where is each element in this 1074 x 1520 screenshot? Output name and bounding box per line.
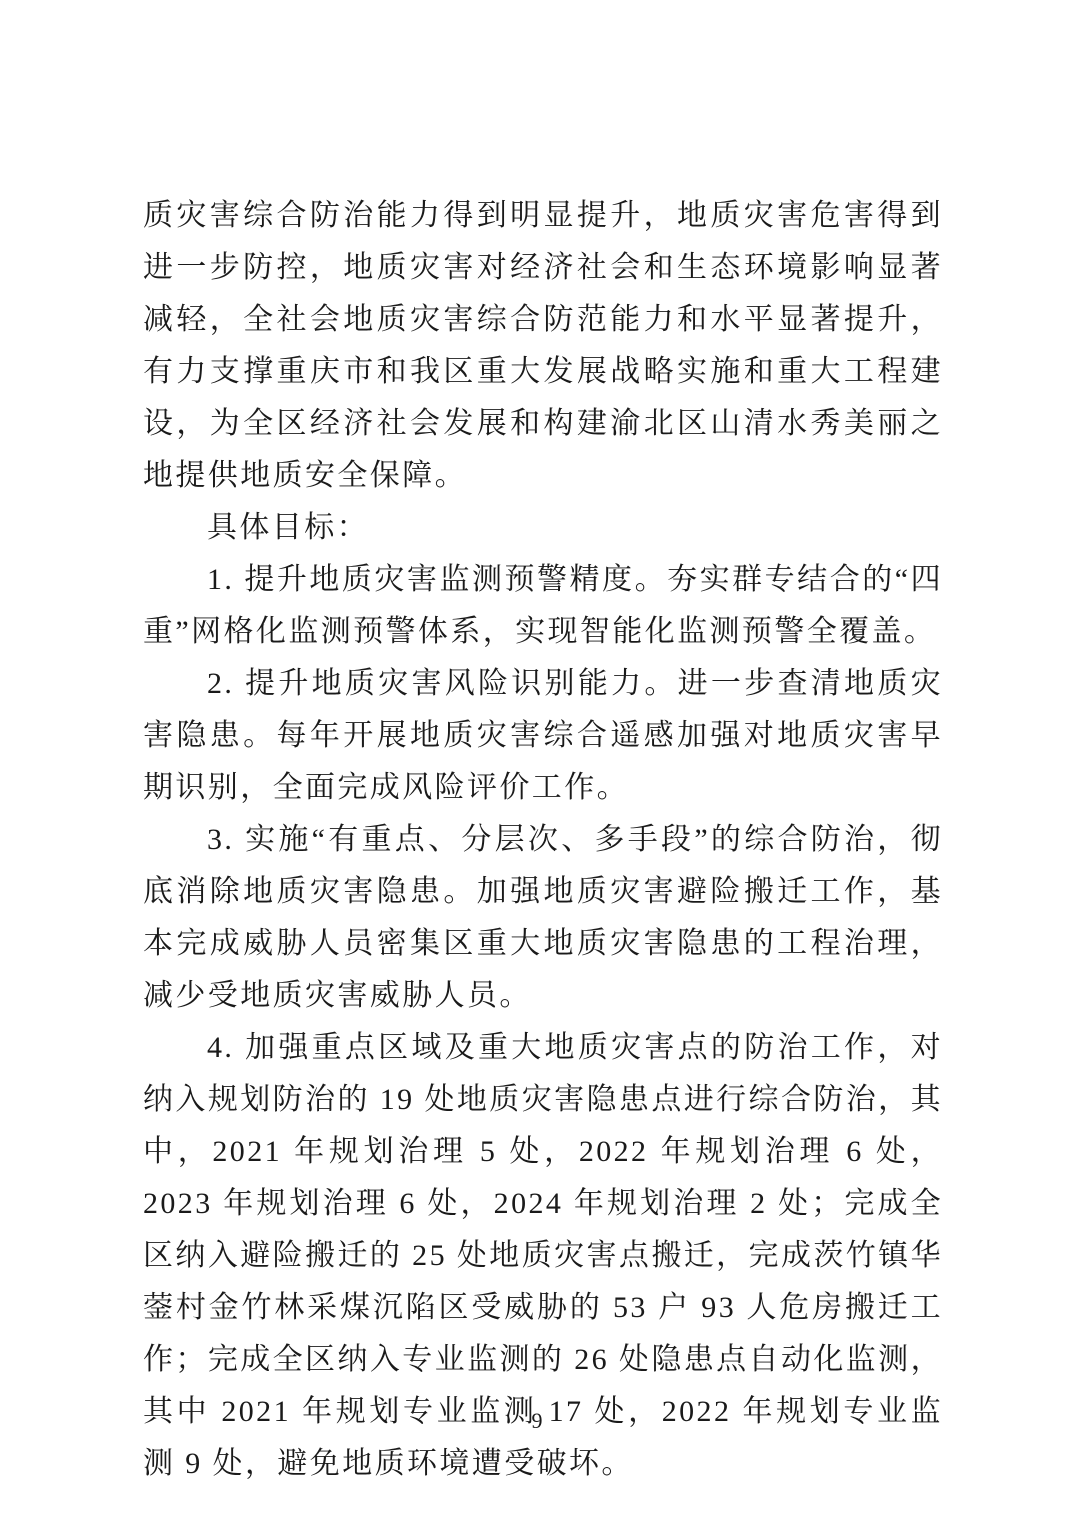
paragraph-goal-3: 3. 实施“有重点、分层次、多手段”的综合防治，彻底消除地质灾害隐患。加强地质灾… [143,814,943,1022]
paragraph-goal-1: 1. 提升地质灾害监测预警精度。夯实群专结合的“四重”网格化监测预警体系，实现智… [143,554,943,658]
paragraph-specific-goals-heading: 具体目标： [143,502,943,554]
paragraph-continuation: 质灾害综合防治能力得到明显提升，地质灾害危害得到进一步防控，地质灾害对经济社会和… [143,190,943,502]
paragraph-goal-2: 2. 提升地质灾害风险识别能力。进一步查清地质灾害隐患。每年开展地质灾害综合遥感… [143,658,943,814]
document-body: 质灾害综合防治能力得到明显提升，地质灾害危害得到进一步防控，地质灾害对经济社会和… [143,190,943,1490]
page-number: 9 [0,1408,1074,1434]
